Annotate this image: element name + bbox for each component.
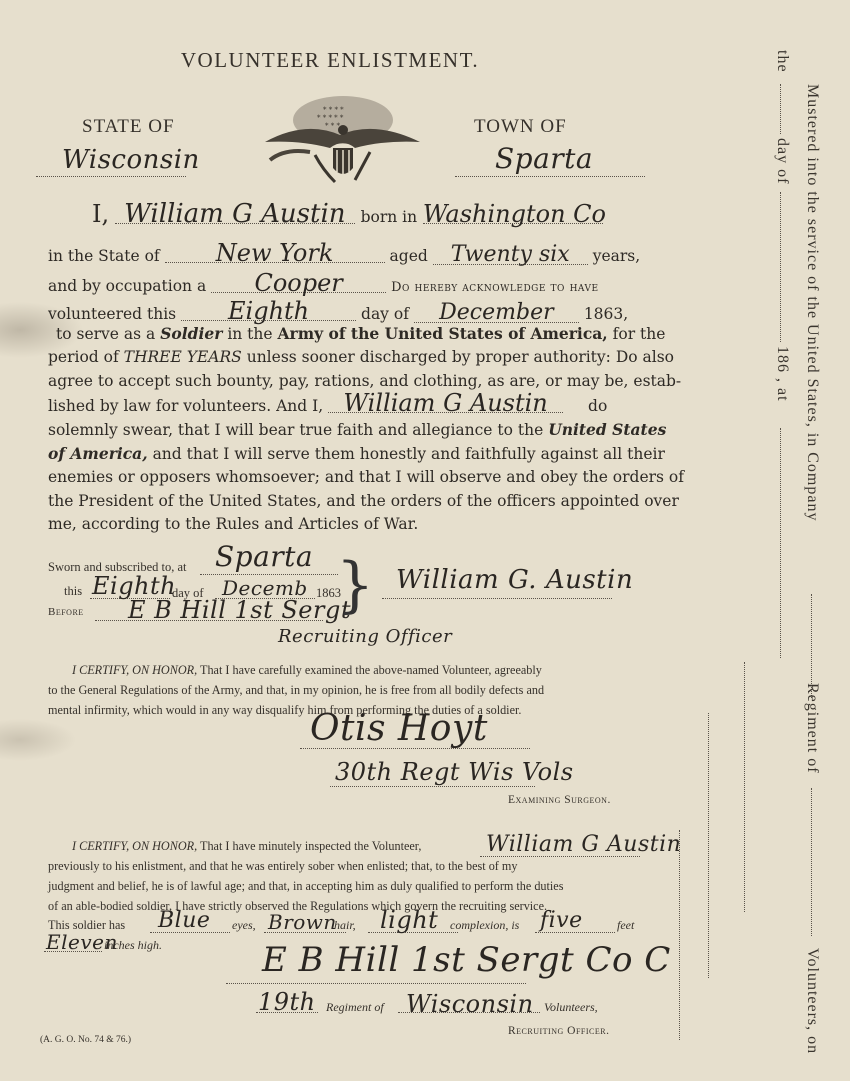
muster-blank-line-1 (744, 662, 745, 912)
sworn-before-value: E B Hill 1st Sergt (128, 596, 351, 624)
muster-blank-line-2 (708, 713, 709, 978)
volunteer-signature-line (382, 598, 612, 599)
eyes-value: Blue (158, 908, 210, 933)
born-in-field: Washington Co (423, 205, 603, 224)
margin-line (679, 830, 680, 1040)
oath-line-name: I, William G Austin born in Washington C… (48, 200, 638, 228)
oath-name-field: William G Austin (328, 394, 563, 413)
regiment-field-line (811, 788, 812, 936)
oath-line-occupation: and by occupation a Cooper Do hereby ack… (48, 274, 638, 295)
feet-value: five (540, 908, 583, 933)
age-field: Twenty six (433, 246, 588, 265)
muster-text-1b: Regiment of (803, 683, 821, 774)
surgeon-unit: 30th Regt Wis Vols (335, 758, 574, 786)
complexion-label: complexion, is (450, 918, 519, 933)
town-value: Sparta (495, 142, 593, 175)
enlist-month-field: December (414, 304, 579, 323)
svg-text:* * * * *: * * * * * (317, 114, 344, 122)
eagle-seal-icon: * * * ** * * * ** * * (255, 90, 430, 190)
town-label: TOWN OF (474, 116, 567, 138)
state-value: Wisconsin (62, 145, 200, 175)
oath-swear-line: solemnly swear, that I will bear true fa… (48, 420, 638, 439)
muster-text-2b: day of (773, 138, 791, 184)
regiment-num: 19th (258, 988, 316, 1016)
surgeon-role: Examining Surgeon. (508, 794, 611, 806)
surgeon-unit-line (330, 786, 535, 787)
oath-enemies-line: enemies or opposers whomsoever; and that… (48, 468, 638, 486)
oath-line-state: in the State of New York aged Twenty six… (48, 244, 638, 265)
inches-label: inches high. (104, 938, 162, 953)
muster-text-2c: 186 (773, 346, 791, 373)
eyes-label: eyes, (232, 918, 256, 933)
enlist-day-field: Eighth (181, 302, 356, 321)
feet-label: feet (617, 918, 634, 933)
sworn-at-line (200, 574, 338, 575)
regiment-label: Regiment of (326, 1000, 384, 1015)
muster-text-1a: Mustered into the service of the United … (803, 84, 821, 521)
volunteers-label: Volunteers, (544, 1000, 598, 1015)
oath-president-line: the President of the United States, and … (48, 492, 638, 510)
muster-month-line (780, 192, 781, 342)
surgeon-signature: Otis Hoyt (310, 708, 488, 749)
officer-role: Recruiting Officer. (508, 1025, 609, 1037)
officer-signature: E B Hill 1st Sergt Co C (262, 940, 671, 980)
enlistment-form: VOLUNTEER ENLISTMENT. STATE OF TOWN OF W… (0, 0, 850, 1081)
sworn-officer-note: Recruiting Officer (278, 626, 452, 647)
sworn-before-label: Before (48, 606, 84, 618)
birth-state-field: New York (165, 244, 385, 263)
regiment-state: Wisconsin (406, 990, 534, 1018)
volunteer-signature: William G. Austin (396, 565, 633, 595)
state-field-line (36, 176, 186, 177)
muster-day-line (780, 84, 781, 134)
officer-signature-line (226, 983, 526, 984)
brace-mark: } (336, 555, 374, 615)
oath-america-line: of America, and that I will serve them h… (48, 444, 638, 463)
sworn-at-value: Sparta (215, 540, 313, 573)
town-field-line (455, 176, 645, 177)
muster-place-line (780, 428, 781, 658)
state-label: STATE OF (82, 116, 175, 138)
hair-label: hair, (334, 918, 356, 933)
oath-agree-line: agree to accept such bounty, pay, ration… (48, 372, 638, 390)
oath-line-date: volunteered this Eighth day of December … (48, 302, 638, 323)
complexion-value: light (380, 906, 438, 934)
oath-rules-line: me, according to the Rules and Articles … (48, 515, 638, 533)
document-title: VOLUNTEER ENLISTMENT. (0, 48, 660, 73)
hair-value: Brown (268, 910, 337, 934)
svg-text:* * *: * * * (325, 122, 340, 130)
muster-text-2a: the (773, 50, 791, 73)
officer-volunteer-name: William G Austin (486, 832, 681, 857)
oath-period-line: period of THREE YEARS unless sooner disc… (48, 348, 638, 366)
sworn-this-label: this (64, 584, 82, 599)
occupation-field: Cooper (211, 274, 386, 293)
muster-text-2d: , at (773, 378, 791, 402)
muster-text-1c: Volunteers, on (803, 948, 821, 1054)
volunteer-name-field: William G Austin (115, 205, 355, 224)
oath-serve-line: to serve as a Soldier in the Army of the… (48, 324, 638, 343)
svg-text:* * * *: * * * * (323, 106, 344, 114)
oath-lished-line: lished by law for volunteers. And I, Wil… (48, 394, 638, 415)
footnote: (A. G. O. No. 74 & 76.) (40, 1035, 131, 1045)
